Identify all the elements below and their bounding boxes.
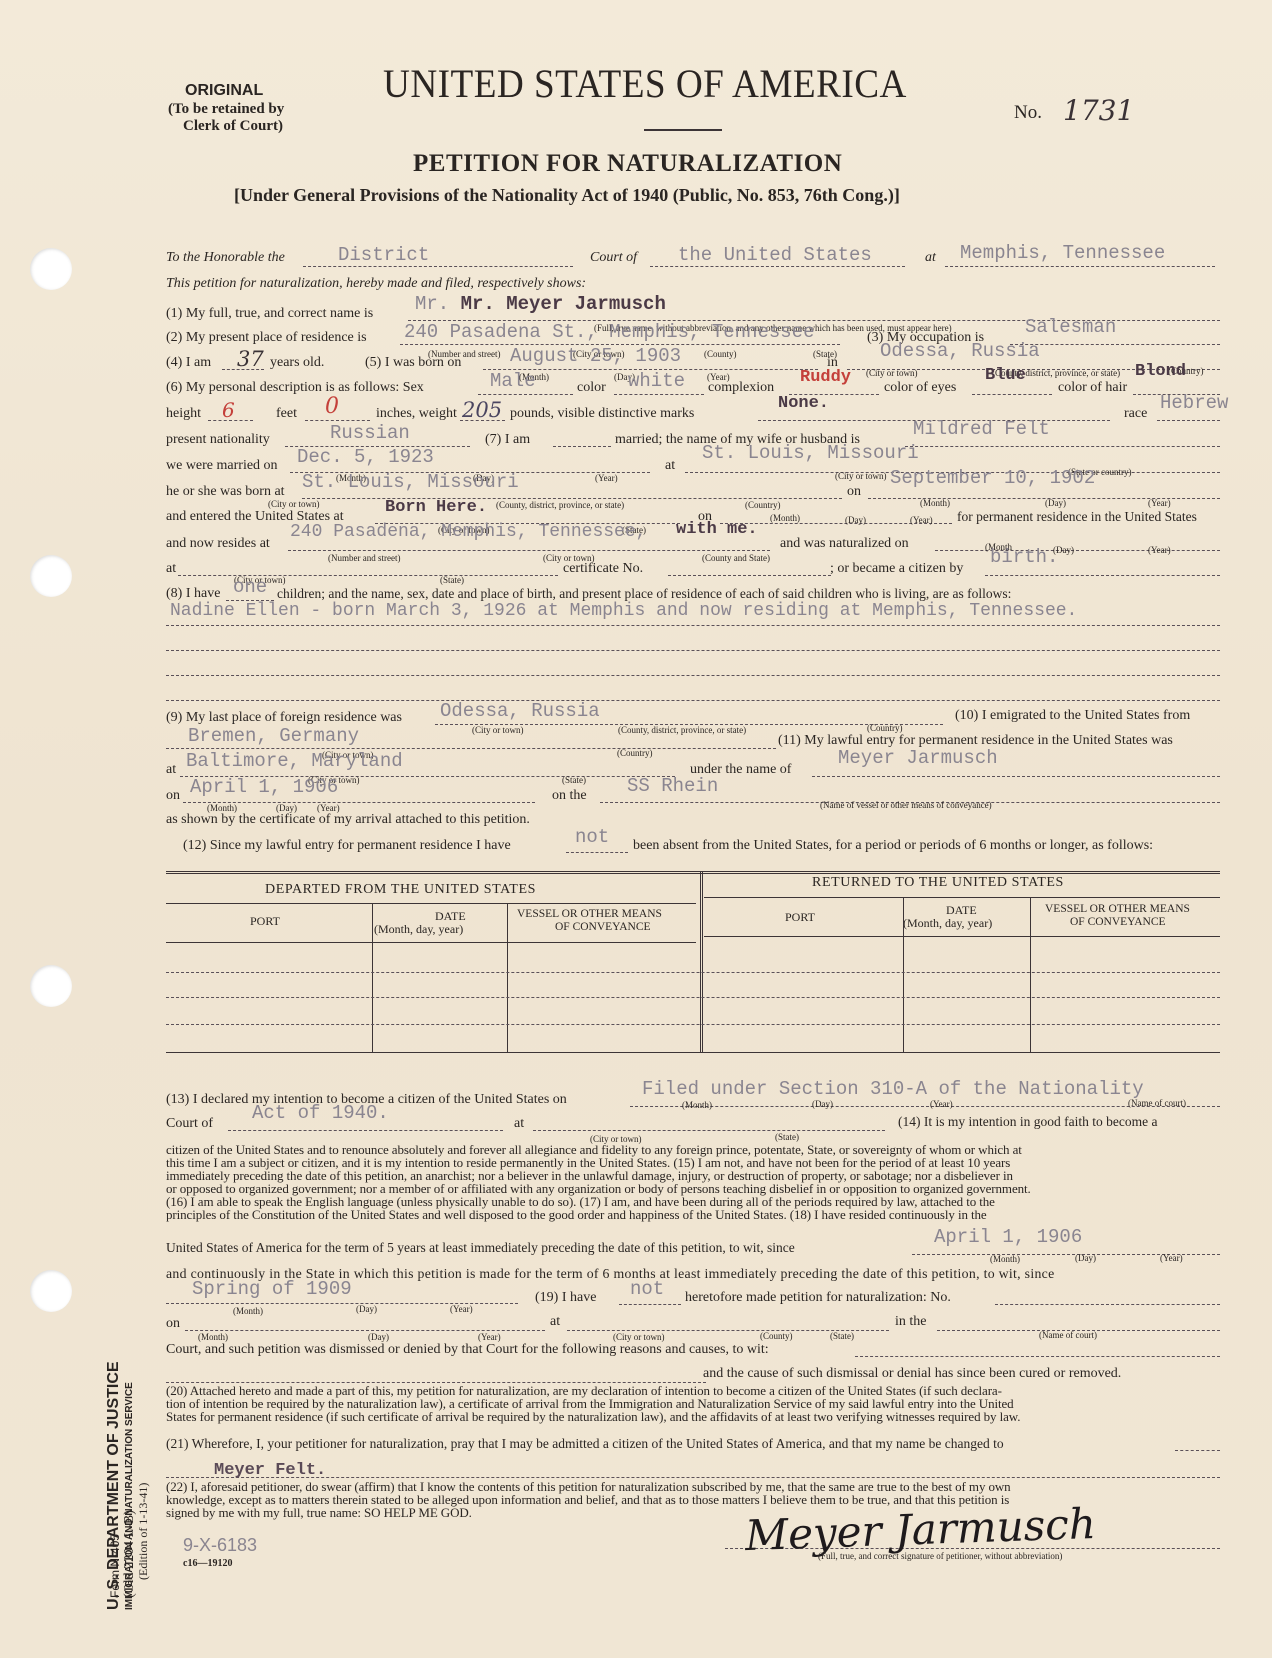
hint: (Month) (920, 498, 950, 508)
hair-field[interactable]: Blond (1135, 362, 1186, 381)
court-of-label-2: Court of (166, 1116, 213, 1132)
complexion-field[interactable]: Ruddy (800, 368, 851, 387)
declaration-field[interactable]: Filed under Section 310-A of the Nationa… (642, 1078, 1144, 1100)
hint: (Year) (1148, 545, 1171, 555)
intro-text: This petition for naturalization, hereby… (166, 276, 586, 292)
col-vessel-sub-returned: OF CONVEYANCE (1070, 916, 1166, 928)
dismissed-line: Court, and such petition was dismissed o… (166, 1342, 769, 1358)
para-18: principles of the Constitution of the Un… (166, 1208, 987, 1221)
table-row[interactable] (166, 997, 1220, 998)
declaration-at-label: at (514, 1116, 524, 1132)
original-label: ORIGINAL (185, 82, 263, 100)
race-label: race (1124, 406, 1147, 422)
hint: (City or town) (613, 1332, 665, 1342)
hint: (Day) (845, 515, 866, 525)
returned-header: RETURNED TO THE UNITED STATES (812, 875, 1064, 891)
declaration-court-field[interactable]: Act of 1940. (252, 1102, 389, 1124)
hint: (Day) (812, 1099, 833, 1109)
edition-label: (Edition of 1-13-41) (136, 1483, 151, 1580)
naturalized-at-label: at (166, 561, 176, 577)
hint: (Year) (478, 1332, 501, 1342)
hint: (Country) (745, 500, 781, 510)
hint: (Year) (910, 515, 933, 525)
feet-label: feet (276, 406, 297, 422)
binder-hole (30, 965, 72, 1007)
court-name-field[interactable]: the United States (678, 244, 872, 266)
q18-line: United States of America for the term of… (166, 1240, 795, 1256)
hint: (County, district, province, or state) (496, 500, 624, 510)
entry-on-label: on (166, 788, 180, 804)
hint: (Number and street) (328, 553, 400, 563)
children-line-1[interactable]: Nadine Ellen - born March 3, 1926 at Mem… (170, 601, 1077, 621)
service-label: IMMIGRATION AND NATURALIZATION SERVICE (124, 1382, 135, 1610)
prior-at-label: at (550, 1314, 560, 1330)
q10-label: (10) I emigrated to the United States fr… (955, 708, 1190, 724)
entry-at-label: at (166, 762, 176, 778)
hint: (State) (830, 1331, 854, 1341)
col-vessel-returned: VESSEL OR OTHER MEANS (1045, 903, 1190, 915)
hint: (Month) (682, 1100, 712, 1110)
nationality-field[interactable]: Russian (330, 422, 410, 444)
q4-label: (4) I am (166, 355, 211, 371)
q2-label: (2) My present place of residence is (166, 330, 367, 346)
q19-suffix: heretofore made petition for naturalizat… (685, 1290, 951, 1306)
document-subtitle: [Under General Provisions of the Nationa… (234, 185, 900, 206)
residence-field[interactable]: 240 Pasadena St., Memphis, Tennessee (404, 321, 814, 343)
hint: (Country) (867, 723, 903, 733)
children-count-field[interactable]: one (233, 576, 267, 598)
q8-label: (8) I have (166, 586, 220, 602)
hint: (State) (775, 1132, 799, 1142)
weight-field[interactable]: 205 (462, 398, 502, 422)
birth-date-field[interactable]: August 25, 1903 (510, 345, 681, 367)
emigrated-from-field[interactable]: Bremen, Germany (188, 725, 359, 747)
to-label: To the Honorable the (166, 250, 285, 266)
foreign-residence-field[interactable]: Odessa, Russia (440, 700, 600, 722)
new-name-field[interactable]: Meyer Felt. (214, 1461, 326, 1480)
hint: (State) (562, 775, 586, 785)
permanent-label: for permanent residence in the United St… (957, 509, 1197, 525)
cured-line: and the cause of such dismissal or denia… (703, 1366, 1121, 1382)
absent-field[interactable]: not (575, 826, 609, 848)
full-name-field[interactable]: Mr. Mr. Meyer Jarmusch (415, 293, 666, 315)
signature-hint: (Full, true, and correct signature of pe… (818, 1551, 1062, 1561)
color-label: color (577, 380, 606, 396)
hint: (Day) (1045, 498, 1066, 508)
q21-line: (21) Wherefore, I, your petitioner for n… (166, 1436, 1004, 1452)
naturalized-label: and was naturalized on (780, 536, 909, 552)
married-on-field[interactable]: Dec. 5, 1923 (297, 446, 434, 468)
binder-hole (30, 555, 72, 597)
hair-label: color of hair (1058, 380, 1127, 396)
vessel-field[interactable]: SS Rhein (627, 775, 718, 797)
hint: (Year) (595, 473, 618, 483)
q12-suffix: been absent from the United States, for … (633, 838, 1153, 854)
hint: (Day) (1075, 1253, 1096, 1263)
court-location-field[interactable]: Memphis, Tennessee (960, 242, 1165, 264)
serial-number: 9-X-6183 (183, 1535, 257, 1556)
q20-line-3: States for permanent residence (if such … (166, 1410, 1020, 1423)
birth-place-field[interactable]: Odessa, Russia (880, 340, 1040, 362)
hint: (Year) (450, 1304, 473, 1314)
col-date-sub-returned: (Month, day, year) (903, 916, 992, 931)
binder-hole (30, 1270, 72, 1312)
hint: (City or town) (835, 471, 887, 481)
resides-label: and now resides at (166, 536, 270, 552)
col-vessel-sub: OF CONVEYANCE (555, 921, 651, 933)
petition-page: ORIGINAL (To be retained by Clerk of Cou… (0, 0, 1272, 1658)
eyes-label: color of eyes (884, 380, 956, 396)
court-of-label: Court of (590, 250, 637, 266)
spouse-name-field[interactable]: Mildred Felt (913, 418, 1050, 440)
departed-header: DEPARTED FROM THE UNITED STATES (265, 882, 536, 898)
certificate-label: certificate No. (563, 561, 643, 577)
citizen-by-label: ; or became a citizen by (830, 561, 963, 577)
hint: (Name of vessel or other means of convey… (820, 800, 992, 810)
spouse-with-field[interactable]: with me. (676, 520, 758, 539)
height-label: height (166, 406, 201, 422)
binder-hole (30, 248, 72, 290)
eyes-field[interactable]: Blue (985, 366, 1026, 385)
q22-line-3: signed by me with my full, true name: SO… (166, 1506, 472, 1519)
married-on-label: we were married on (166, 458, 278, 474)
hint: (Month) (198, 1332, 228, 1342)
on-the-label: on the (552, 788, 587, 804)
inches-label: inches, weight (376, 406, 457, 422)
hint: (Month) (990, 1254, 1020, 1264)
color-field[interactable]: white (628, 370, 685, 392)
q9-label: (9) My last place of foreign residence w… (166, 710, 402, 726)
hint: (Month) (770, 513, 800, 523)
hint: (City or town) (866, 368, 918, 378)
court-at-label: at (925, 250, 936, 266)
on-label: on (847, 484, 861, 500)
nationality-label: present nationality (166, 432, 270, 448)
col-vessel: VESSEL OR OTHER MEANS (517, 908, 662, 920)
distinctive-marks-field[interactable]: None. (778, 394, 829, 413)
spouse-born-label: he or she was born at (166, 484, 285, 500)
country-heading: UNITED STATES OF AMERICA (383, 60, 907, 107)
number-label: No. (1014, 102, 1042, 124)
spouse-entered-field[interactable]: Born Here. (385, 498, 487, 517)
department-label: U. S. DEPARTMENT OF JUSTICE (105, 1361, 123, 1610)
hint: (Country) (617, 748, 653, 758)
retained-note-1: (To be retained by (168, 101, 284, 118)
hint: (County) (704, 349, 737, 359)
married-at-field[interactable]: St. Louis, Missouri (702, 442, 919, 464)
q19-label: (19) I have (535, 1290, 596, 1306)
prior-petition-field[interactable]: not (630, 1278, 664, 1300)
hint: (County) (760, 1331, 793, 1341)
petition-number: 1731 (1063, 94, 1134, 127)
occupation-field[interactable]: Salesman (1025, 316, 1116, 338)
hint: (Year) (1148, 498, 1171, 508)
hint: (City or town) (472, 725, 524, 735)
prior-in-the-label: in the (895, 1314, 927, 1330)
col-port: PORT (250, 914, 280, 929)
hint: (Year) (930, 1099, 953, 1109)
hint: (Year) (1160, 1253, 1183, 1263)
sex-field[interactable]: Male (490, 370, 536, 392)
entry-name-field[interactable]: Meyer Jarmusch (838, 747, 998, 769)
height-inches-field[interactable]: 0 (325, 394, 339, 419)
document-title: PETITION FOR NATURALIZATION (413, 150, 842, 178)
q12-label: (12) Since my lawful entry for permanent… (183, 838, 511, 854)
col-port-returned: PORT (785, 910, 815, 925)
table-row[interactable] (166, 972, 1220, 973)
entry-at-field[interactable]: Baltimore, Maryland (186, 750, 403, 772)
hint: (State) (440, 575, 464, 585)
hint: (Day) (356, 1304, 377, 1314)
hint: (Month) (233, 1306, 263, 1316)
hint: (County, district, province, or state) (618, 725, 746, 735)
q1-label: (1) My full, true, and correct name is (166, 306, 373, 322)
col-date-sub: (Month, day, year) (374, 922, 463, 937)
hint: (Name of court) (1039, 1330, 1097, 1340)
pounds-label: pounds, visible distinctive marks (510, 406, 694, 422)
state-since-field[interactable]: Spring of 1909 (192, 1278, 352, 1300)
heading-rule (644, 129, 722, 131)
q7-label: (7) I am (485, 432, 530, 448)
hint: (Name of court) (1128, 1098, 1186, 1108)
court-type-field[interactable]: District (338, 244, 429, 266)
q4-suffix: years old. (270, 355, 324, 371)
arrival-note: as shown by the certificate of my arriva… (166, 812, 530, 828)
q8-suffix: children; and the name, sex, date and pl… (277, 586, 1011, 602)
q5-label: (5) I was born on (365, 355, 461, 371)
complexion-label: complexion (708, 380, 774, 396)
residence-since-field[interactable]: April 1, 1906 (934, 1226, 1082, 1248)
spouse-born-on-field[interactable]: September 10, 1902 (890, 467, 1095, 489)
hint: (City or town) (268, 499, 320, 509)
retained-note-2: Clerk of Court) (183, 118, 283, 135)
married-at-label: at (665, 458, 675, 474)
hint: (Day) (368, 1332, 389, 1342)
citizen-by-field[interactable]: birth. (990, 546, 1058, 568)
q6-label: (6) My personal description is as follow… (166, 380, 424, 396)
print-code: c16—19120 (183, 1558, 232, 1569)
entry-on-field[interactable]: April 1, 1906 (190, 776, 338, 798)
spouse-resides-field[interactable]: 240 Pasadena, Memphis, Tennessee, (290, 522, 646, 542)
hint: (County and State) (702, 553, 770, 563)
height-feet-field[interactable]: 6 (222, 398, 235, 422)
table-row[interactable] (166, 1024, 1220, 1025)
age-field[interactable]: 37 (237, 347, 264, 371)
q14-label: (14) It is my intention in good faith to… (898, 1114, 1157, 1130)
prior-on-label: on (166, 1316, 180, 1332)
spouse-born-at-field[interactable]: St. Louis, Missouri (302, 471, 519, 493)
race-field[interactable]: Hebrew (1160, 392, 1228, 414)
